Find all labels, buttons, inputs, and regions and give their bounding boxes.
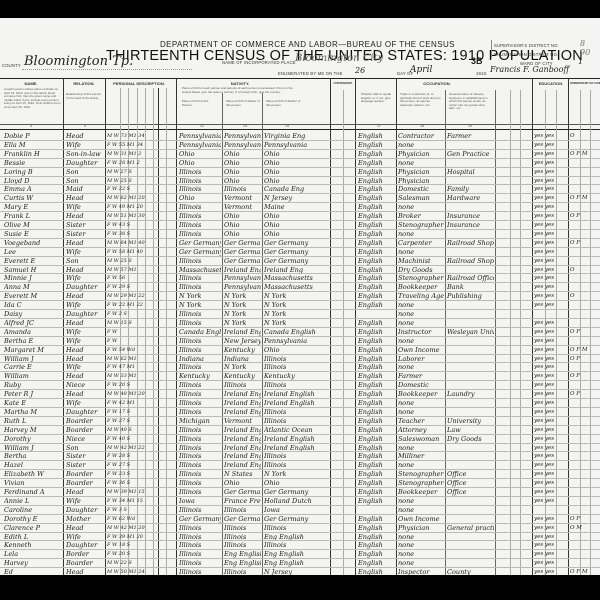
enumerator-name: Francis F. Ganbooff bbox=[490, 65, 569, 74]
relation-column-heading: RELATION. bbox=[64, 81, 104, 86]
colnum-4: 4 bbox=[84, 124, 86, 128]
enumeration-district-label: ENUMERATION DISTRICT No. bbox=[494, 52, 558, 57]
place-value: Bloomington City bbox=[295, 53, 383, 64]
nativity-heading: NATIVITY. bbox=[178, 81, 302, 86]
name-column-desc: of each person whose place of abode on A… bbox=[4, 88, 62, 122]
education-cell: yes yes bbox=[534, 567, 567, 575]
birthplace-cell: Illinois bbox=[179, 567, 221, 575]
ownership-heading: OWNERSHIP OF HOME. bbox=[570, 81, 600, 85]
census-sheet: DEPARTMENT OF COMMERCE AND LABOR—BUREAU … bbox=[0, 18, 600, 575]
name-cell: Ed bbox=[4, 567, 62, 575]
colnum-12: 12 bbox=[200, 124, 204, 128]
enumerated-label: ENUMERATED BY ME ON THE bbox=[278, 71, 343, 76]
nativity-desc: Place of birth of each person and parent… bbox=[182, 87, 300, 95]
colnum-17: 17 bbox=[377, 124, 381, 128]
personal-cell: M W 50 M1 24 bbox=[107, 567, 175, 575]
relation-column-desc: Relationship of this person to the head … bbox=[66, 93, 104, 107]
language-heading: Whether able to speak English; or, if no… bbox=[361, 93, 395, 105]
occupation-heading: OCCUPATION. bbox=[398, 81, 476, 86]
supervisor-district-label: SUPERVISOR'S DISTRICT No. bbox=[494, 43, 559, 48]
county-label: COUNTY bbox=[2, 63, 21, 68]
supervisor-district-value: 8 bbox=[580, 39, 585, 48]
name-column-heading: NAME. bbox=[0, 81, 62, 86]
table-row: Ed Head M W 50 M1 24 Illinois Illinois N… bbox=[0, 567, 600, 575]
ownership-cell: O F M bbox=[570, 567, 599, 575]
colnum-18: 18 bbox=[420, 124, 424, 128]
enumerated-day: 26 bbox=[355, 66, 365, 75]
birth-father-heading: Place of birth of Father of this person. bbox=[226, 100, 260, 110]
colnum-3: 3 bbox=[30, 124, 32, 128]
birth-person-heading: Place of birth of this Person. bbox=[182, 100, 218, 110]
personal-description-heading: PERSONAL DESCRIPTION. bbox=[106, 81, 172, 86]
citizenship-heading: CITIZENSHIP. bbox=[332, 81, 354, 85]
industry-cell: County bbox=[447, 567, 494, 575]
ward-value: 1 bbox=[578, 57, 583, 66]
year-label: 1910. bbox=[476, 71, 487, 76]
relation-cell: Head bbox=[66, 567, 104, 575]
county-value: Bloomington Tp. bbox=[24, 54, 133, 69]
enumeration-district-value: 90 bbox=[580, 48, 590, 57]
colnum-13: 13 bbox=[243, 124, 247, 128]
ward-label: WARD OF CITY bbox=[520, 61, 553, 66]
mother-birthplace-cell: N Jersey bbox=[264, 567, 328, 575]
colnum-19: 19 bbox=[468, 124, 472, 128]
trade-heading: Trade or profession of, or particular ki… bbox=[400, 93, 442, 109]
colnum-14: 14 bbox=[285, 124, 289, 128]
enumerated-month: April bbox=[410, 65, 432, 75]
language-cell: English bbox=[358, 567, 395, 575]
sheet-number: 3B bbox=[471, 56, 483, 66]
father-birthplace-cell: Illinois bbox=[224, 567, 261, 575]
industry-heading: General nature of industry, business, or… bbox=[449, 93, 491, 109]
birth-mother-heading: Place of birth of Mother of this person. bbox=[266, 100, 302, 110]
place-label: NAME OF INCORPORATED PLACE bbox=[222, 60, 296, 65]
trade-cell: Inspector bbox=[398, 567, 444, 575]
education-heading: EDUCATION. bbox=[534, 81, 568, 86]
scan-border-bottom bbox=[0, 575, 600, 600]
